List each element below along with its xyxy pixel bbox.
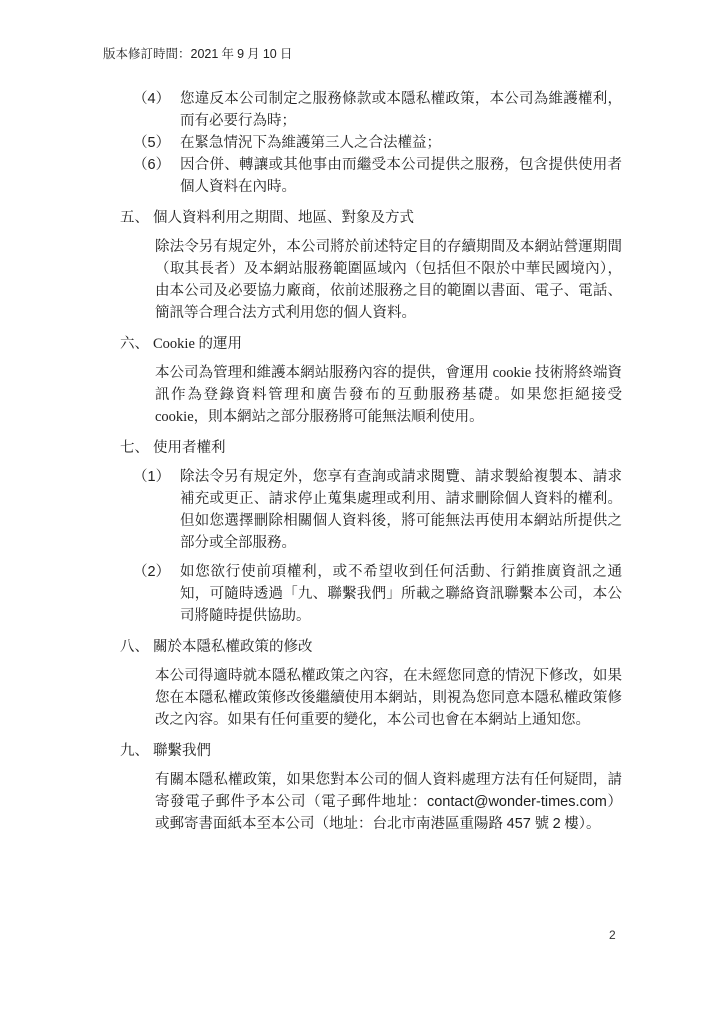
list-item-marker: （1）: [133, 466, 180, 554]
section-heading: 八、 關於本隱私權政策的修改: [120, 636, 622, 658]
section-marker: 七、: [120, 437, 153, 459]
list-item-text: 除法令另有規定外，您享有查詢或請求閱覽、請求製給複製本、請求補充或更正、請求停止…: [180, 466, 622, 554]
section-heading: 五、 個人資料利用之期間、地區、對象及方式: [120, 207, 622, 229]
list-item: （2） 如您欲行使前項權利，或不希望收到任何活動、行銷推廣資訊之通知，可隨時透過…: [103, 561, 622, 627]
revision-date: 版本修訂時間：2021 年 9 月 10 日: [103, 46, 292, 62]
list-item: （4） 您違反本公司制定之服務條款或本隱私權政策，本公司為維護權利，而有必要行為…: [103, 88, 622, 132]
section-heading: 九、 聯繫我們: [120, 740, 622, 762]
section-marker: 六、: [120, 333, 153, 355]
contact-street-number: 457: [507, 816, 531, 832]
section-9: 九、 聯繫我們 有關本隱私權政策，如果您對本公司的個人資料處理方法有任何疑問，請…: [103, 740, 622, 835]
section-7: 七、 使用者權利 （1） 除法令另有規定外，您享有查詢或請求閱覽、請求製給複製本…: [103, 437, 622, 627]
contact-text-post: 樓）。: [561, 816, 601, 832]
contact-text-mid2: 號: [531, 816, 553, 832]
section-title: Cookie 的運用: [153, 333, 622, 355]
section-8: 八、 關於本隱私權政策的修改 本公司得適時就本隱私權政策之內容，在未經您同意的情…: [103, 636, 622, 731]
list-item-marker: （4）: [133, 88, 180, 132]
list-item: （1） 除法令另有規定外，您享有查詢或請求閱覽、請求製給複製本、請求補充或更正、…: [103, 466, 622, 554]
document-body: （4） 您違反本公司制定之服務條款或本隱私權政策，本公司為維護權利，而有必要行為…: [103, 88, 622, 842]
document-page: 版本修訂時間：2021 年 9 月 10 日 （4） 您違反本公司制定之服務條款…: [0, 0, 724, 1023]
section-marker: 五、: [120, 207, 153, 229]
section-paragraph: 本公司為管理和維護本網站服務內容的提供，會運用 cookie 技術將終端資訊作為…: [155, 362, 622, 428]
section-title: 聯繫我們: [153, 740, 622, 762]
list-item-marker: （2）: [133, 561, 180, 627]
section-title: 個人資料利用之期間、地區、對象及方式: [153, 207, 622, 229]
page-number: 2: [609, 928, 616, 942]
contact-floor-number: 2: [553, 816, 561, 832]
revision-month: 9: [237, 47, 244, 61]
section-title: 關於本隱私權政策的修改: [153, 636, 622, 658]
section-paragraph: 除法令另有規定外，本公司將於前述特定目的存續期間及本網站營運期間（取其長者）及本…: [155, 236, 622, 324]
section-heading: 七、 使用者權利: [120, 437, 622, 459]
revision-month-unit: 月: [244, 47, 263, 61]
list-item: （6） 因合併、轉讓或其他事由而繼受本公司提供之服務，包含提供使用者個人資料在內…: [103, 154, 622, 198]
list-item-text: 如您欲行使前項權利，或不希望收到任何活動、行銷推廣資訊之通知，可隨時透過「九、聯…: [180, 561, 622, 627]
section-marker: 九、: [120, 740, 153, 762]
contact-paragraph: 有關本隱私權政策，如果您對本公司的個人資料處理方法有任何疑問，請寄發電子郵件予本…: [155, 769, 622, 835]
revision-day: 10: [263, 47, 277, 61]
section-heading: 六、 Cookie 的運用: [120, 333, 622, 355]
list-item: （5） 在緊急情況下為維護第三人之合法權益；: [103, 132, 622, 154]
contact-email: contact@wonder-times.com: [427, 794, 607, 810]
list-item-marker: （5）: [133, 132, 180, 154]
section-marker: 八、: [120, 636, 153, 658]
list-item-text: 因合併、轉讓或其他事由而繼受本公司提供之服務，包含提供使用者個人資料在內時。: [180, 154, 622, 198]
section-title: 使用者權利: [153, 437, 622, 459]
revision-year-unit: 年: [218, 47, 237, 61]
list-item-text: 您違反本公司制定之服務條款或本隱私權政策，本公司為維護權利，而有必要行為時；: [180, 88, 622, 132]
list-item-text: 在緊急情況下為維護第三人之合法權益；: [180, 132, 622, 154]
section-paragraph: 本公司得適時就本隱私權政策之內容，在未經您同意的情況下修改，如果您在本隱私權政策…: [155, 665, 622, 731]
revision-date-label: 版本修訂時間：: [103, 47, 191, 61]
revision-day-unit: 日: [277, 47, 293, 61]
section-6: 六、 Cookie 的運用 本公司為管理和維護本網站服務內容的提供，會運用 co…: [103, 333, 622, 428]
clause-list-continued: （4） 您違反本公司制定之服務條款或本隱私權政策，本公司為維護權利，而有必要行為…: [103, 88, 622, 198]
section-5: 五、 個人資料利用之期間、地區、對象及方式 除法令另有規定外，本公司將於前述特定…: [103, 207, 622, 324]
list-item-marker: （6）: [133, 154, 180, 198]
revision-year: 2021: [191, 47, 219, 61]
